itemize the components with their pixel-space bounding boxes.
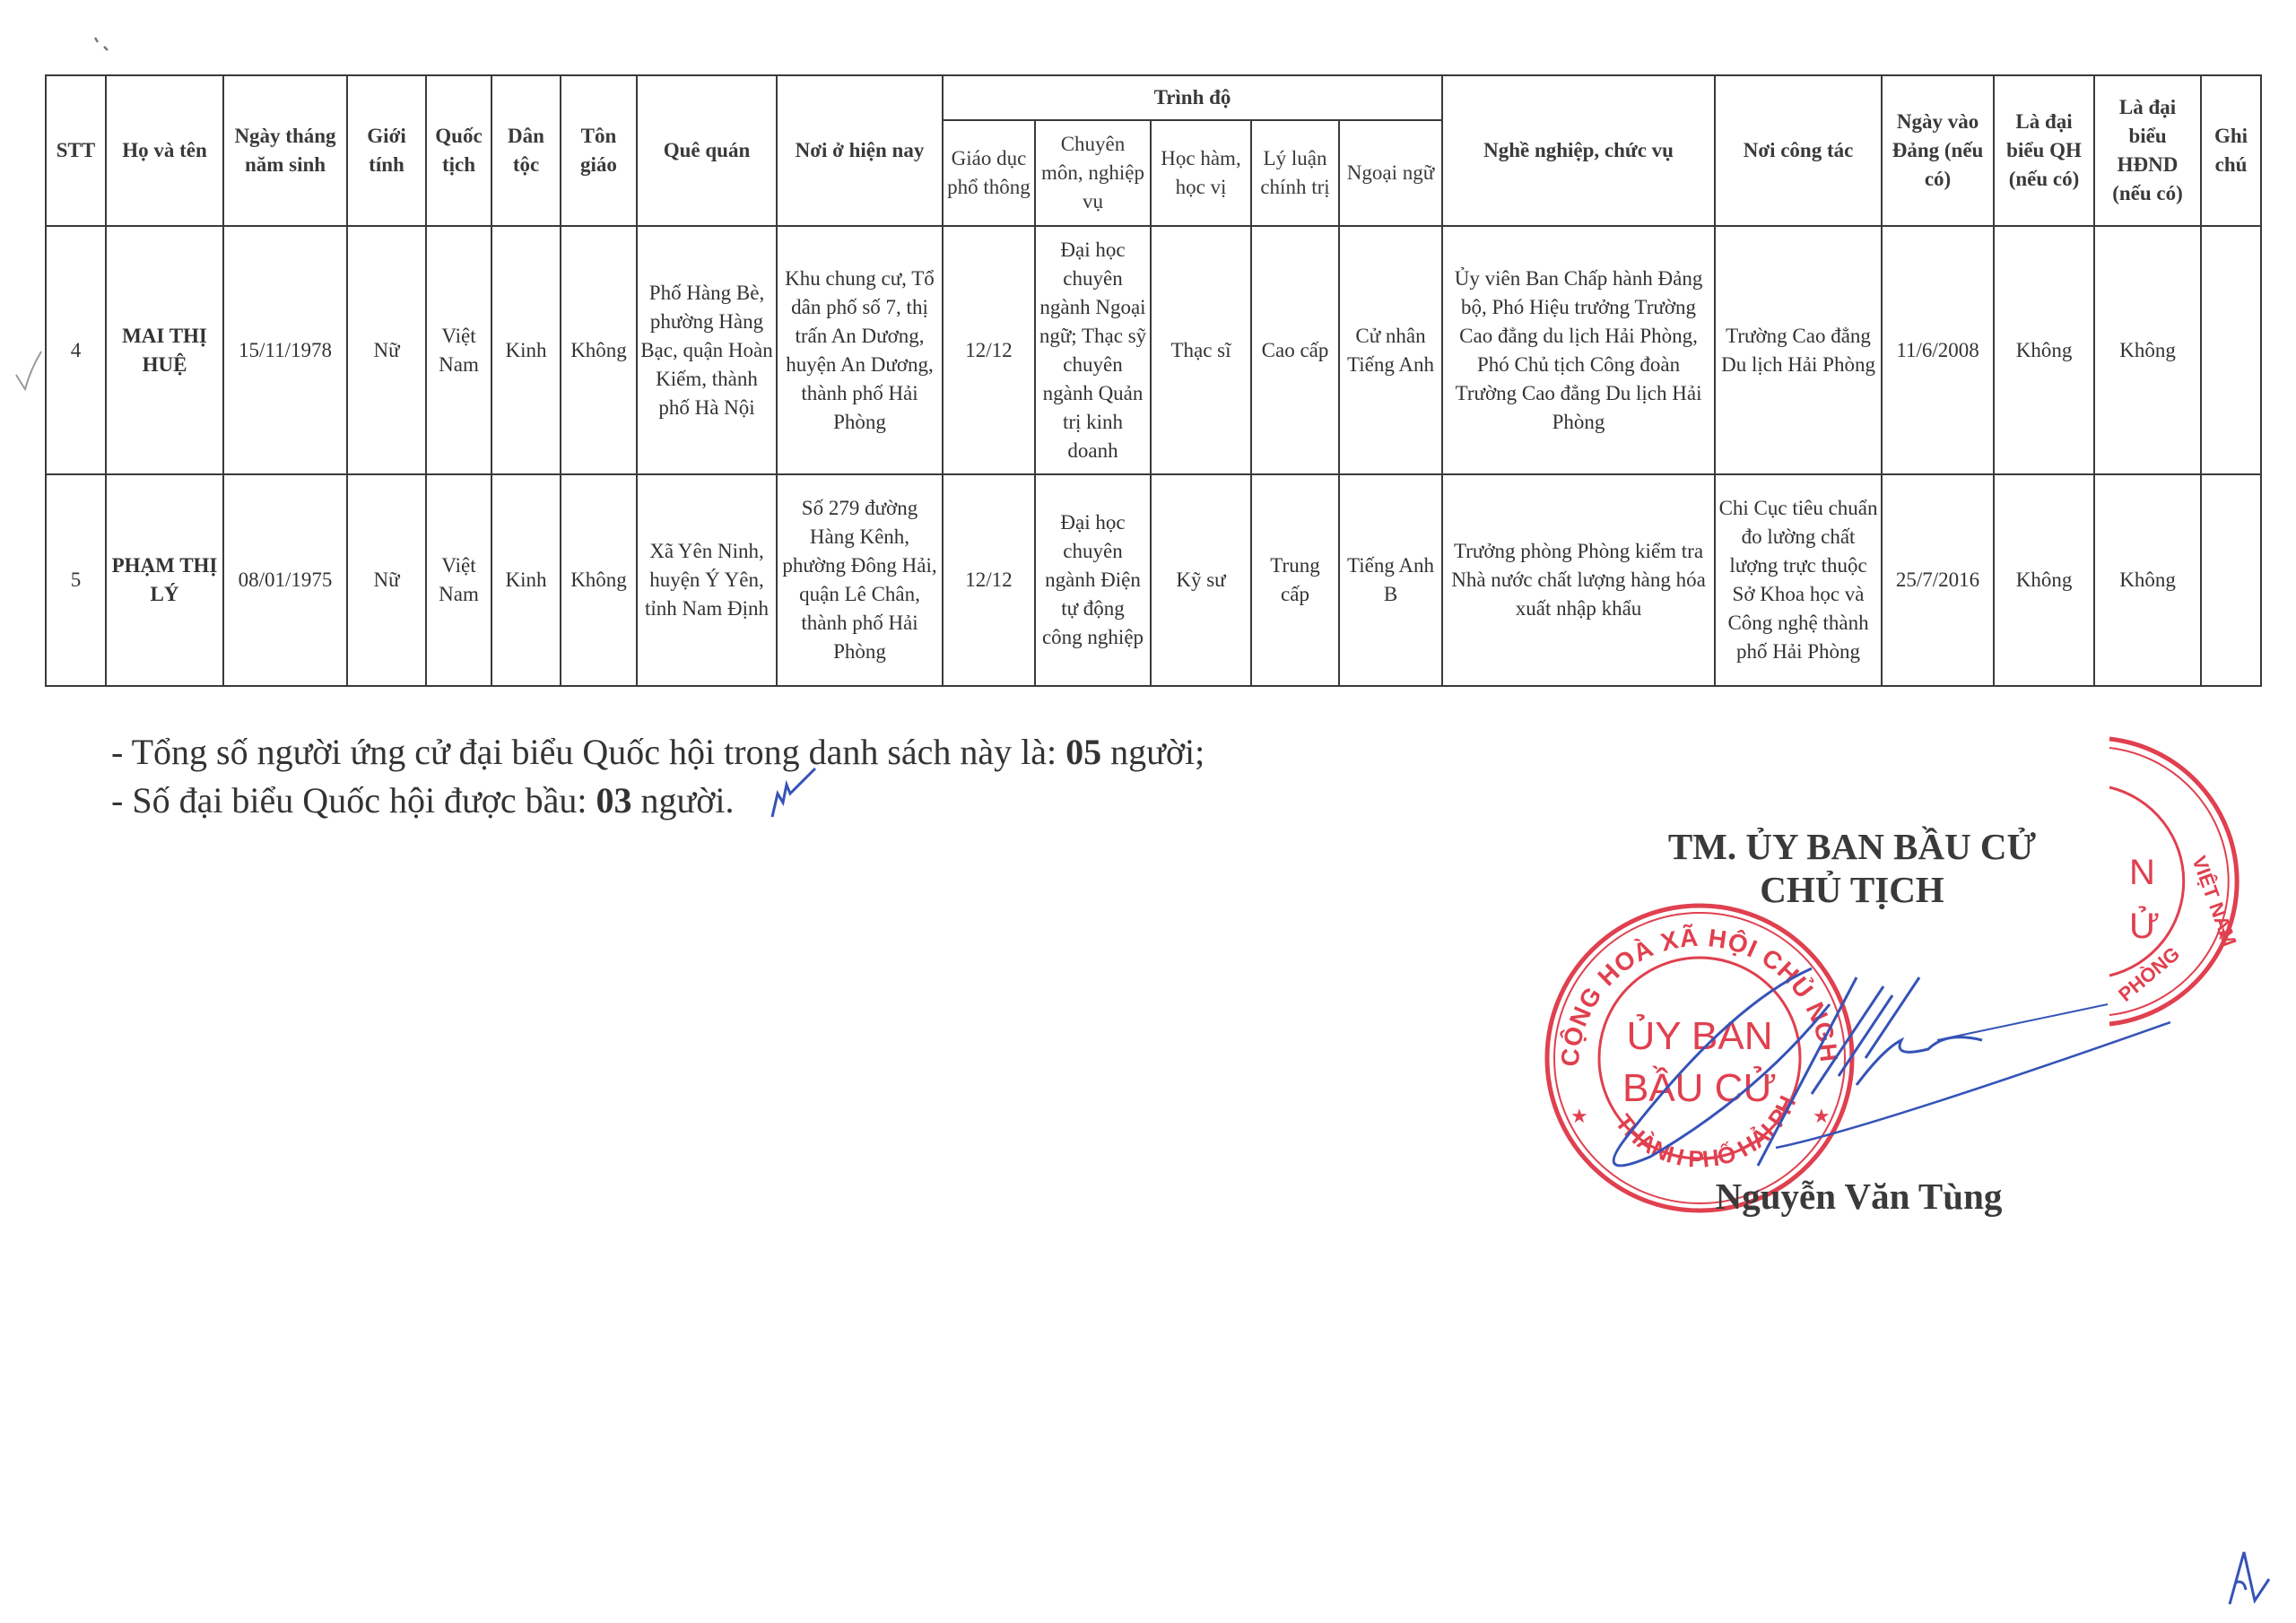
handwritten-initial-mark — [767, 767, 821, 825]
header-professional: Chuyên môn, nghiệp vụ — [1035, 120, 1151, 226]
table-row: 4 MAI THỊ HUỆ 15/11/1978 Nữ Việt Nam Kin… — [46, 226, 2261, 474]
cell-occupation: Ủy viên Ban Chấp hành Đảng bộ, Phó Hiệu … — [1442, 226, 1715, 474]
handwritten-initial-icon — [2222, 1547, 2276, 1614]
on-behalf-label: TM. ỦY BAN BẦU CỬ — [1614, 825, 2090, 868]
cell-religion: Không — [561, 226, 637, 474]
header-row-top: STT Họ và tên Ngày tháng năm sinh Giới t… — [46, 75, 2261, 120]
cell-political: Trung cấp — [1251, 474, 1339, 686]
svg-text:Ử: Ử — [2129, 905, 2160, 946]
header-degree: Học hàm, học vị — [1151, 120, 1251, 226]
cell-na-delegate: Không — [1994, 474, 2094, 686]
header-name: Họ và tên — [106, 75, 223, 226]
cell-na-delegate: Không — [1994, 226, 2094, 474]
cell-workplace: Trường Cao đẳng Du lịch Hải Phòng — [1715, 226, 1882, 474]
header-religion: Tôn giáo — [561, 75, 637, 226]
cell-gender: Nữ — [347, 226, 426, 474]
summary-total-candidates: - Tổng số người ứng cử đại biểu Quốc hội… — [111, 728, 1205, 777]
header-party-date: Ngày vào Đảng (nếu có) — [1882, 75, 1994, 226]
header-pc-delegate: Là đại biểu HĐND (nếu có) — [2094, 75, 2201, 226]
cell-residence: Số 279 đường Hàng Kênh, phường Đông Hải,… — [777, 474, 943, 686]
header-residence: Nơi ở hiện nay — [777, 75, 943, 226]
cell-general-edu: 12/12 — [943, 474, 1035, 686]
cell-occupation: Trưởng phòng Phòng kiểm tra Nhà nước chấ… — [1442, 474, 1715, 686]
cell-dob: 15/11/1978 — [223, 226, 347, 474]
header-language: Ngoại ngữ — [1339, 120, 1442, 226]
svg-text:★: ★ — [2215, 924, 2231, 944]
header-political: Lý luận chính trị — [1251, 120, 1339, 226]
table-row: 5 PHẠM THỊ LÝ 08/01/1975 Nữ Việt Nam Kin… — [46, 474, 2261, 686]
cell-residence: Khu chung cư, Tổ dân phố số 7, thị trấn … — [777, 226, 943, 474]
cell-language: Cử nhân Tiếng Anh — [1339, 226, 1442, 474]
cell-ethnicity: Kinh — [491, 226, 561, 474]
handwritten-signature — [1596, 950, 2170, 1202]
cell-general-edu: 12/12 — [943, 226, 1035, 474]
candidate-table: STT Họ và tên Ngày tháng năm sinh Giới t… — [45, 74, 2262, 687]
cell-degree: Thạc sĩ — [1151, 226, 1251, 474]
signer-name: Nguyễn Văn Tùng — [1704, 1175, 2013, 1218]
cell-pc-delegate: Không — [2094, 474, 2201, 686]
header-hometown: Quê quán — [637, 75, 777, 226]
cell-stt: 5 — [46, 474, 106, 686]
document-page: STT Họ và tên Ngày tháng năm sinh Giới t… — [0, 0, 2296, 1623]
cell-name: MAI THỊ HUỆ — [106, 226, 223, 474]
header-note: Ghi chú — [2201, 75, 2261, 226]
cell-gender: Nữ — [347, 474, 426, 686]
signer-title: CHỦ TỊCH — [1614, 868, 2090, 911]
header-occupation: Nghề nghiệp, chức vụ — [1442, 75, 1715, 226]
cell-professional: Đại học chuyên ngành Điện tự động công n… — [1035, 474, 1151, 686]
total-candidates-count: 05 — [1065, 732, 1101, 772]
cell-religion: Không — [561, 474, 637, 686]
svg-text:N: N — [2129, 853, 2155, 892]
cell-pc-delegate: Không — [2094, 226, 2201, 474]
summary-seats: - Số đại biểu Quốc hội được bầu: 03 ngườ… — [111, 777, 1205, 825]
cell-stt: 4 — [46, 226, 106, 474]
stray-mark — [90, 34, 117, 60]
cell-note — [2201, 474, 2261, 686]
header-nationality: Quốc tịch — [426, 75, 491, 226]
summary: - Tổng số người ứng cử đại biểu Quốc hội… — [111, 728, 1205, 825]
cell-name: PHẠM THỊ LÝ — [106, 474, 223, 686]
cell-nationality: Việt Nam — [426, 226, 491, 474]
cell-hometown: Xã Yên Ninh, huyện Ý Yên, tỉnh Nam Định — [637, 474, 777, 686]
cell-political: Cao cấp — [1251, 226, 1339, 474]
checkmark-icon — [13, 348, 45, 397]
header-education-group: Trình độ — [943, 75, 1442, 120]
header-general-edu: Giáo dục phổ thông — [943, 120, 1035, 226]
cell-hometown: Phố Hàng Bè, phường Hàng Bạc, quận Hoàn … — [637, 226, 777, 474]
cell-degree: Kỹ sư — [1151, 474, 1251, 686]
header-ethnicity: Dân tộc — [491, 75, 561, 226]
cell-workplace: Chi Cục tiêu chuẩn đo lường chất lượng t… — [1715, 474, 1882, 686]
header-gender: Giới tính — [347, 75, 426, 226]
cell-ethnicity: Kinh — [491, 474, 561, 686]
cell-party-date: 11/6/2008 — [1882, 226, 1994, 474]
cell-language: Tiếng Anh B — [1339, 474, 1442, 686]
signature-block: TM. ỦY BAN BẦU CỬ CHỦ TỊCH — [1614, 825, 2090, 911]
cell-professional: Đại học chuyên ngành Ngoại ngữ; Thạc sỹ … — [1035, 226, 1151, 474]
svg-text:★: ★ — [1570, 1105, 1588, 1127]
header-workplace: Nơi công tác — [1715, 75, 1882, 226]
cell-dob: 08/01/1975 — [223, 474, 347, 686]
header-stt: STT — [46, 75, 106, 226]
seats-count: 03 — [596, 780, 632, 820]
header-na-delegate: Là đại biểu QH (nếu có) — [1994, 75, 2094, 226]
cell-note — [2201, 226, 2261, 474]
cell-party-date: 25/7/2016 — [1882, 474, 1994, 686]
cell-nationality: Việt Nam — [426, 474, 491, 686]
header-dob: Ngày tháng năm sinh — [223, 75, 347, 226]
